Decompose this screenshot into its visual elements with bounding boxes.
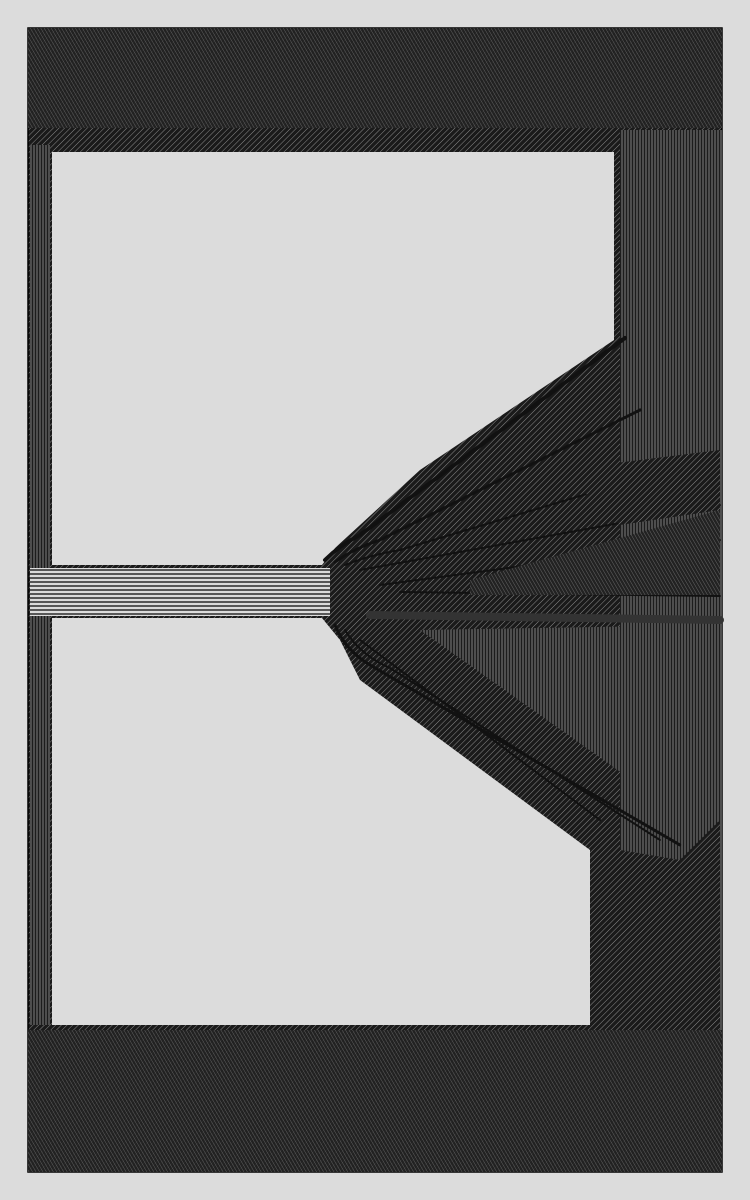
abstract-artwork — [0, 0, 750, 1200]
